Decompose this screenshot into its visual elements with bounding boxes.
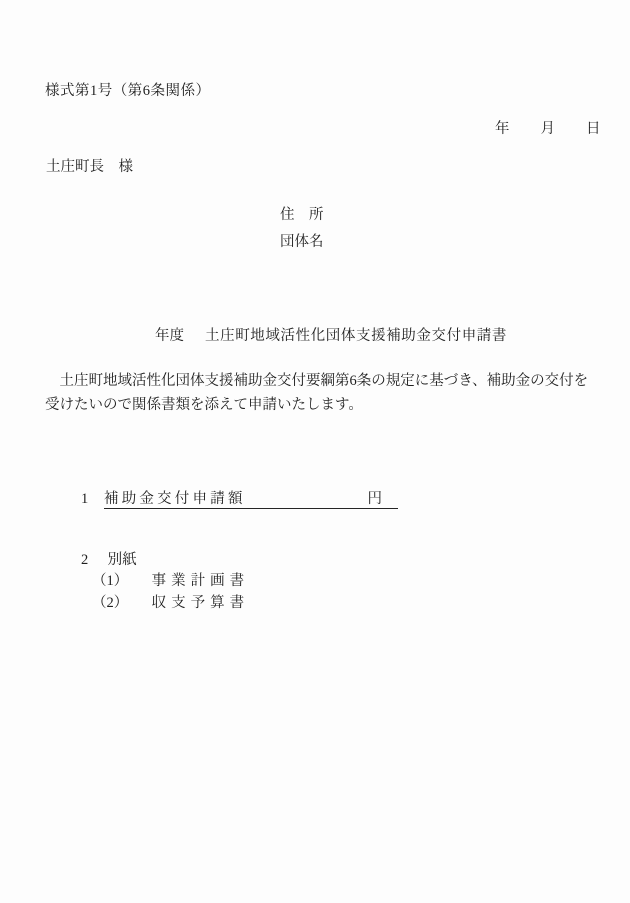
attachment-2-label: 収支予算書 bbox=[152, 595, 250, 611]
item-1-number: 1 bbox=[81, 492, 104, 507]
document-title: 年度 土庄町地域活性化団体支援補助金交付申請書 bbox=[155, 329, 507, 344]
item-2-row: 2 別紙 bbox=[81, 553, 137, 568]
addressee: 土庄町長 様 bbox=[46, 160, 133, 175]
attachment-1-row: （1） 事業計画書 bbox=[92, 574, 249, 589]
date-day-label: 日 bbox=[586, 122, 601, 137]
item-1-number-cell: 1 bbox=[81, 492, 104, 507]
applicant-org-name-label: 団体名 bbox=[280, 235, 324, 250]
document-page: 様式第1号（第6条関係） 年 月 日 土庄町長 様 住 所 団体名 年度 土庄町… bbox=[0, 0, 630, 903]
document-title-text: 土庄町地域活性化団体支援補助金交付申請書 bbox=[205, 329, 507, 344]
attachments-label: 別紙 bbox=[108, 552, 137, 568]
body-paragraph-line1: 土庄町地域活性化団体支援補助金交付要綱第6条の規定に基づき、補助金の交付を bbox=[45, 369, 605, 393]
currency-unit-label: 円 bbox=[368, 492, 383, 508]
attachment-2-row: （2） 収支予算書 bbox=[92, 596, 249, 611]
subsidy-amount-label: 補助金交付申請額 bbox=[104, 492, 246, 508]
subsidy-amount-field: 補助金交付申請額 円 bbox=[104, 492, 398, 509]
body-paragraph-line2: 受けたいので関係書類を添えて申請いたします。 bbox=[45, 393, 605, 417]
body-paragraph: 土庄町地域活性化団体支援補助金交付要綱第6条の規定に基づき、補助金の交付を 受け… bbox=[45, 369, 605, 417]
applicant-address-label: 住 所 bbox=[280, 208, 324, 223]
fiscal-year-label: 年度 bbox=[155, 329, 184, 344]
date-month-label: 月 bbox=[541, 122, 556, 137]
date-line: 年 月 日 bbox=[495, 122, 601, 137]
item-2-number: 2 bbox=[81, 553, 104, 568]
form-number: 様式第1号（第6条関係） bbox=[45, 84, 211, 99]
attachment-2-marker: （2） bbox=[92, 596, 148, 611]
attachment-1-marker: （1） bbox=[92, 574, 148, 589]
date-year-label: 年 bbox=[495, 122, 510, 137]
attachment-1-label: 事業計画書 bbox=[152, 573, 250, 589]
